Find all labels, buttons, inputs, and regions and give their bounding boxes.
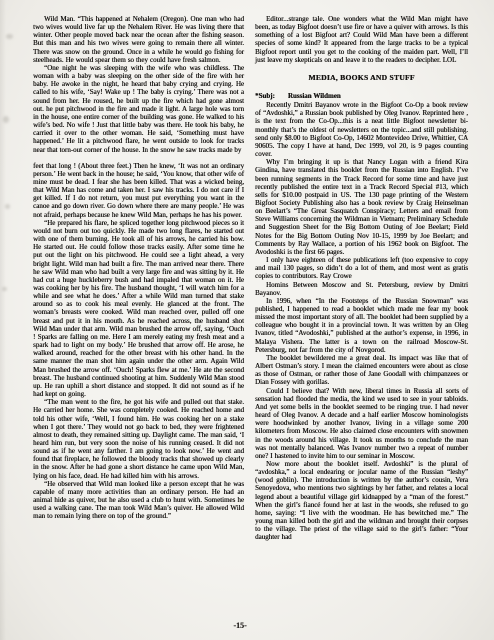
two-column-layout: Wild Man. “This happened at Nehalem (Ore…	[0, 0, 494, 542]
scan-artifact	[5, 204, 10, 209]
review-paragraph: Recently Dmitri Bayanov wrote in the Big…	[255, 101, 468, 158]
story-paragraph: “The man went to the fire, he got his wi…	[33, 398, 244, 480]
page-number: -15-	[0, 621, 480, 630]
review-paragraph: Could I believe that? With new, liberal …	[255, 387, 468, 460]
section-heading: MEDIA, BOOKS AND STUFF	[255, 73, 468, 82]
subject-line: *Subj:Russian Wildmen	[255, 92, 468, 100]
scan-artifact	[2, 287, 7, 291]
story-paragraph: “He observed that Wild man looked like a…	[33, 480, 244, 521]
review-paragraph: Now more about the booklet itself. Avdos…	[255, 460, 468, 542]
story-paragraph: “He prepared his flare, he spliced toget…	[33, 219, 244, 398]
document-page: Wild Man. “This happened at Nehalem (Ore…	[0, 0, 494, 640]
left-column: Wild Man. “This happened at Nehalem (Ore…	[33, 15, 244, 542]
right-column: Editor...strange tale. One wonders what …	[255, 15, 468, 542]
subject-label: *Subj:	[255, 92, 275, 100]
scan-artifact	[3, 116, 9, 123]
review-title-line: Homins Between Moscow and St. Petersburg…	[255, 281, 468, 297]
story-paragraph-continued: feet that long ! (About three feet.) The…	[33, 162, 244, 219]
review-paragraph: I only have eighteen of these publicatio…	[255, 256, 468, 280]
scan-edge-shadow	[0, 0, 6, 640]
scan-artifact	[6, 34, 13, 39]
editor-note: Editor...strange tale. One wonders what …	[255, 15, 468, 64]
review-paragraph: In 1996, when “In the Footsteps of the R…	[255, 297, 468, 354]
story-paragraph: “One night he was sleeping with the wife…	[33, 64, 244, 154]
review-paragraph: The booklet bewildered me a great deal. …	[255, 354, 468, 387]
review-paragraph: Why I’m bringing it up is that Nancy Log…	[255, 158, 468, 256]
story-paragraph: Wild Man. “This happened at Nehalem (Ore…	[33, 15, 244, 64]
subject-value: Russian Wildmen	[288, 92, 341, 100]
